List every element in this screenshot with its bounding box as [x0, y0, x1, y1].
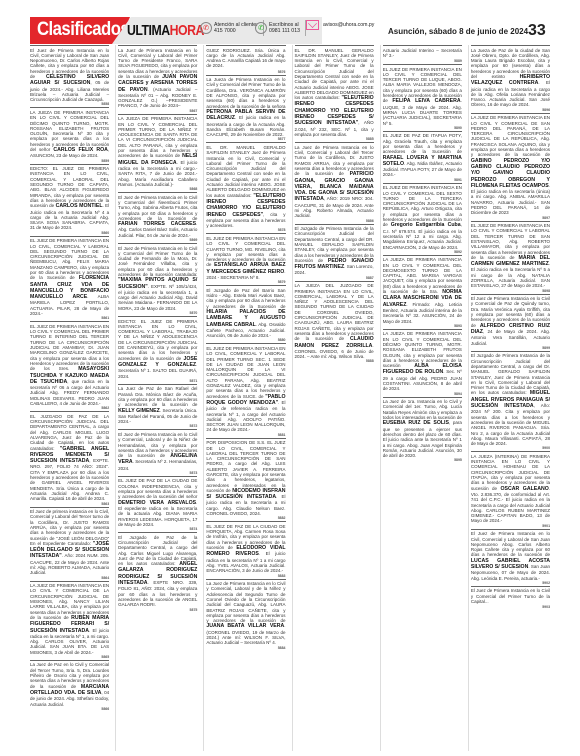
page-number: 33	[528, 22, 546, 40]
legal-notice: EDICTO: EL JUEZ DE PRIMERA INSTANCIA EN …	[118, 316, 197, 384]
legal-notice: EL JUEZ DE PAZ DE ITAPUA POTY, Abg. Grac…	[383, 131, 462, 183]
notice-text: El Juez de Primera Instancia en lo Civil…	[471, 531, 550, 557]
notice-code: 5890	[383, 126, 462, 130]
notice-code: 5863	[30, 502, 109, 506]
notice-text: LA JUEZ DE PRIMERA INSTANCIA EN LO CIVIL…	[471, 115, 550, 157]
notice-text: El Juzgado de Paz del Barrio San Isidro …	[206, 288, 285, 309]
notice-code: 5894	[383, 392, 462, 396]
issue-date: Asunción, sábado 8 de junio de 2024	[388, 27, 528, 36]
notice-code: 5862	[30, 406, 109, 410]
classifieds-columns: El Juez de Primera Instancia en lo Civil…	[28, 45, 552, 751]
legal-notice: LA JUEZA (INTERINA) DE PRIMERA INSTANCIA…	[471, 451, 550, 528]
legal-notice: El Juez de Primera Instancia en lo Civil…	[471, 586, 550, 610]
legal-notice: EL DR. MANUEL GERALDO SAIFILDIN STANLEY,…	[295, 45, 374, 142]
column-4: EL DR. MANUEL GERALDO SAIFILDIN STANLEY,…	[292, 45, 376, 751]
notice-code: 5868	[118, 187, 197, 191]
deceased-name: GABINO PEDROZO Y/O GABINO CLAUDIO PEDROZ…	[471, 158, 550, 189]
notice-code: 5883	[206, 574, 285, 578]
deceased-name: CARLOS FELIX ROA	[53, 147, 108, 153]
notice-text: EL JUEZ DE PRIMERA INSTANCIA EN LO CIVIL…	[30, 324, 109, 371]
column-5: Actuario Judicial Interino – Secretaría …	[380, 45, 464, 751]
legal-notice: El Juzgado de Primera Instancia de la Ci…	[471, 351, 550, 452]
deceased-name: OSCAR GALEANO	[500, 486, 548, 492]
legal-notice: El Juez de Primera Instancia en lo Civil…	[118, 192, 197, 243]
legal-notice: EL JUEZ DE PAZ DE LA CIUDAD DE COLONIA I…	[118, 476, 197, 532]
legal-notice: El Juez de Primera Instancia en lo Civil…	[30, 45, 109, 107]
notice-text: EL DR. MANUEL GERALDO SAIFILDIN STANLEY,…	[295, 48, 374, 101]
notice-code: 5899	[471, 346, 550, 350]
legal-notice: LA JUEZ DE PRIMERA INSTANCIA EN LO CIVIL…	[30, 581, 109, 660]
notice-text: El Juez de Primera Instancia en lo Civil…	[118, 195, 197, 221]
notice-text: LA JUEZA DE PRIMERA INSTANCIA EN LO CIVI…	[118, 116, 197, 158]
notice-text: EDICTO: EL JUEZ DE PRIMERA INSTANCIA EN …	[30, 166, 109, 208]
notice-code: 5865	[30, 655, 109, 659]
legal-notice: El Juez de Primera Instancia en lo Civil…	[471, 529, 550, 586]
legal-notice: La Juez de Primera Instancia en lo Civil…	[206, 579, 285, 651]
legal-notice: LA JUEZA DE PRIMERA INSTANCIA EN LO CIVI…	[118, 114, 197, 192]
deceased-name: FELIPA LEIVA CABRERA	[392, 98, 460, 104]
notice-code: 5877	[206, 137, 285, 141]
notice-text: EL JUEZ DE PRIMERA INSTANCIA EN LO CIVIL…	[206, 346, 285, 399]
notice-code: 5876	[206, 70, 285, 74]
notice-code: 5881	[206, 433, 285, 437]
notice-code: 5895	[383, 458, 462, 462]
notice-text: EL JUEZ DE PRIMERA INSTANCIA EN LO CIVIL…	[383, 185, 462, 227]
legal-notice: EL JUEZ DE PAZ DE LA CIUDAD DE HORQUETA,…	[206, 521, 285, 578]
contact-phone: ✆ Atención al cliente: 415 7000	[200, 20, 264, 36]
legal-notice: La Jueza de Primera Instancia en lo Civi…	[206, 75, 285, 143]
page-header: Clasificados ULTIMAHORA ✆ Atención al cl…	[0, 0, 580, 44]
legal-notice: EL DR. MANUEL GERALDO SAIFILDIN STANLEY …	[206, 142, 285, 233]
legal-notice: La Juez de 1ra. Instancia en lo Civil y …	[383, 397, 462, 464]
legal-notice: EL JUEZ DE PRIMERA INSTANCIA EN LO CIVIL…	[30, 321, 109, 411]
notice-text: La Juez de Primera Instancia en lo Civil…	[206, 581, 285, 623]
notice-text: La Juez de Paz de San Rafael del Paraná …	[118, 386, 197, 407]
legal-notice: EDICTO: EL JUEZ DE PRIMERA INSTANCIA EN …	[30, 164, 109, 236]
legal-notice: El Juzgado de Primera Instancia de la Ci…	[295, 224, 374, 281]
column-1: El Juez de Primera Instancia en lo Civil…	[28, 45, 111, 751]
notice-code: 5867	[118, 109, 197, 113]
notice-text: El Juez de Primera Instancia en lo Civil…	[118, 246, 197, 277]
notice-code: 5896	[471, 108, 550, 112]
legal-notice: GUEZ RODRIGUEZ. Sria. Única a cargo de l…	[206, 45, 285, 75]
notice-code: 5887	[295, 276, 374, 280]
notice-code: 5897	[471, 216, 550, 220]
notice-text: EL JUEZ DE PAZ DE LA CIUDAD DE COLONIA I…	[118, 478, 197, 499]
notice-code: 5878	[206, 228, 285, 232]
legal-notice: La Juez de Paz en lo Civil y Comercial d…	[30, 660, 109, 712]
phone-icon: ✆	[200, 22, 212, 34]
deceased-name: JUANA BEATA VILLAR VERA	[206, 623, 284, 629]
notice-text: EL DR. MANUEL GERALDO SAIFILDIN STANLEY …	[206, 145, 285, 198]
notice-code: 5889	[383, 59, 462, 63]
legal-notice: Actuario Judicial Interino – Secretaría …	[383, 45, 462, 64]
notice-text: EDICTO: EL JUEZ DE PRIMERA INSTANCIA EN …	[118, 319, 197, 361]
notice-code: 5866	[30, 707, 109, 711]
notice-code: 5875	[118, 608, 197, 612]
deceased-name: FARIAN TORRES CACERES	[118, 221, 196, 227]
legal-notice: El Juzgado de Paz del Barrio San Isidro …	[206, 285, 285, 343]
notice-code: 5893	[383, 324, 462, 328]
newspaper-logo: ULTIMAHORA	[127, 22, 204, 39]
section-title: Clasificados	[37, 19, 129, 41]
legal-notice: La Jueza de Paz de la ciudad de San José…	[471, 45, 550, 113]
notice-code: 5859	[30, 159, 109, 163]
notice-text: El Juzgado de Primera Instancia de la Ci…	[471, 353, 550, 395]
notice-text-end: , Año: 2024 Nº 200. Cita y emplaza por s…	[471, 403, 550, 446]
notice-code: 5885	[295, 137, 374, 141]
notice-text-end: , para que se presenten a ejercer sus de…	[383, 420, 462, 458]
legal-notice: La Juez de Primera Instancia en lo Civil…	[118, 45, 197, 114]
notice-code: 5903	[471, 605, 550, 609]
notice-code: 5860	[30, 231, 109, 235]
notice-code: 5888	[295, 359, 374, 363]
deceased-name: EUSEBIA RUIZ DE SOLIS	[383, 420, 449, 426]
notice-code: 5874	[118, 527, 197, 531]
legal-notice: EL JUEZ DE PRIMERA INSTANCIA EN LO CIVIL…	[206, 343, 285, 437]
notice-code: 5898	[471, 289, 550, 293]
legal-notice: EL JUZGADO DE PAZ DE LA CIRCUNSCRIPCIÓN …	[30, 411, 109, 506]
notice-text: GUEZ RODRIGUEZ. Sria. Única a cargo de l…	[206, 48, 285, 69]
notice-text: La Jueza de Primera Instancia en lo Civi…	[206, 77, 285, 108]
legal-notice: EL JUEZ DE PRIMERA INSTANCIA EN LO CIVIL…	[383, 64, 462, 131]
legal-notice: EL JUEZ DE PRIMERA INSTANCIA EN LO CIVIL…	[206, 233, 285, 285]
notice-code: 5884	[206, 646, 285, 650]
notice-text-end: . Vto. 2.836.370, de conformidad al Art.…	[471, 486, 550, 524]
contact-whatsapp: ✆ Escríbinos al 0981 111 013	[255, 20, 306, 36]
notice-code: 5872	[118, 424, 197, 428]
column-2: La Juez de Primera Instancia en lo Civil…	[115, 45, 199, 751]
legal-notice: LA JUEZA DE PRIMERA INSTANCIA EN LO CIVI…	[383, 329, 462, 397]
notice-code: 5869	[118, 238, 197, 242]
notice-code: 5900	[471, 446, 550, 450]
notice-code: 5880	[206, 338, 285, 342]
notice-code: 5902	[471, 581, 550, 585]
deceased-name: KELLY GIMENEZ	[118, 408, 160, 414]
notice-code: 5901	[471, 524, 550, 528]
notice-code: 5871	[118, 379, 197, 383]
notice-code: 5858	[30, 102, 109, 106]
legal-notice: La Juez de Paz de San Rafael del Paraná …	[118, 384, 197, 430]
notice-code: 5873	[118, 471, 197, 475]
legal-notice: El Juez de Primera Instancia en lo Civil…	[118, 429, 197, 476]
legal-notice: EL JUEZ DE PRIMERA INSTANCIA EN LO CIVIL…	[30, 236, 109, 322]
legal-notice: LA JUEZA DEL JUZGADO DE PRIMERA INSTANCI…	[295, 281, 374, 365]
legal-notice: El Juez de Primera Instancia en lo Civil…	[118, 243, 197, 316]
column-3: GUEZ RODRIGUEZ. Sria. Única a cargo de l…	[203, 45, 287, 751]
notice-text-end: , 24 de Mayo de 2024. Abg. Antonio Vera …	[471, 329, 550, 346]
legal-notice: POR DISPOSICION DE S.S. EL JUEZ DE LO CI…	[206, 438, 285, 522]
notice-text: EL JUEZ DE PAZ DE ITAPUA POTY, Abg. Grac…	[383, 133, 462, 154]
notice-text: LA JUEZA DE PRIMERA INSTANCIA EN LO CIVI…	[30, 110, 109, 152]
legal-notice: El Juez de Primera Instancia en lo Civil…	[471, 294, 550, 351]
whatsapp-icon: ✆	[255, 22, 267, 34]
contact-email: avisos@uhora.com.py	[306, 20, 374, 30]
notice-code: 5891	[383, 178, 462, 182]
notice-code: 5892	[383, 250, 462, 254]
legal-notice: EL JUEZ DE PRIMERA INSTANCIA EN LO CIVIL…	[471, 221, 550, 294]
legal-notice: LA JUEZA DE PRIMERA INSTANCIA EN LO CIVI…	[383, 255, 462, 329]
deceased-name: Gregorio Estigarribia Cuba	[391, 222, 461, 228]
legal-notice: LA JUEZA DE PRIMERA INSTANCIA EN LO CIVI…	[30, 107, 109, 163]
deceased-name: ESTANISLAO ARRUA BAEZ Y MERCEDES GIMÉNEZ…	[206, 262, 285, 274]
legal-notice: LA JUEZ DE PRIMERA INSTANCIA EN LO CIVIL…	[471, 113, 550, 221]
notice-code: 5861	[30, 316, 109, 320]
notice-text: LA JUEZA DEL JUZGADO DE PRIMERA INSTANCI…	[295, 283, 374, 341]
notice-text-end: , EXPTE. NRO. 297, FOLIO 74 AÑO: 2024". …	[30, 458, 109, 501]
notice-code: 5870	[118, 311, 197, 315]
legal-notice: La Juez de Primera Instancia en lo Civil…	[295, 142, 374, 223]
deceased-name: CARLOS MONTIEL	[56, 203, 103, 209]
notice-text: La Juez de 1ra. Instancia en lo Civil y …	[383, 399, 462, 420]
notice-code: 5879	[206, 280, 285, 284]
column-6: La Jueza de Paz de la ciudad de San José…	[468, 45, 552, 751]
notice-text: El Juez de Primera Instancia en lo Civil…	[471, 588, 550, 604]
notice-text: POR DISPOSICION DE S.S. EL JUEZ DE LO CI…	[206, 440, 285, 493]
legal-notice: El Juzgado de Paz de la Circunscripción …	[118, 532, 197, 612]
notice-text: Actuario Judicial Interino – Secretaría …	[383, 48, 462, 58]
notice-code: 5864	[30, 576, 109, 580]
notice-code: 5882	[206, 516, 285, 520]
notice-code: 5886	[295, 219, 374, 223]
deceased-name: DEMETRIO VERA AREVALOS	[118, 500, 196, 506]
mail-icon	[306, 20, 319, 30]
legal-notice: EL JUEZ DE PRIMERA INSTANCIA EN LO CIVIL…	[383, 183, 462, 255]
notice-text: EL JUEZ DE PRIMERA INSTANCIA EN LO CIVIL…	[30, 238, 109, 280]
legal-notice: El Juez de primera instancia en lo Civil…	[30, 507, 109, 581]
